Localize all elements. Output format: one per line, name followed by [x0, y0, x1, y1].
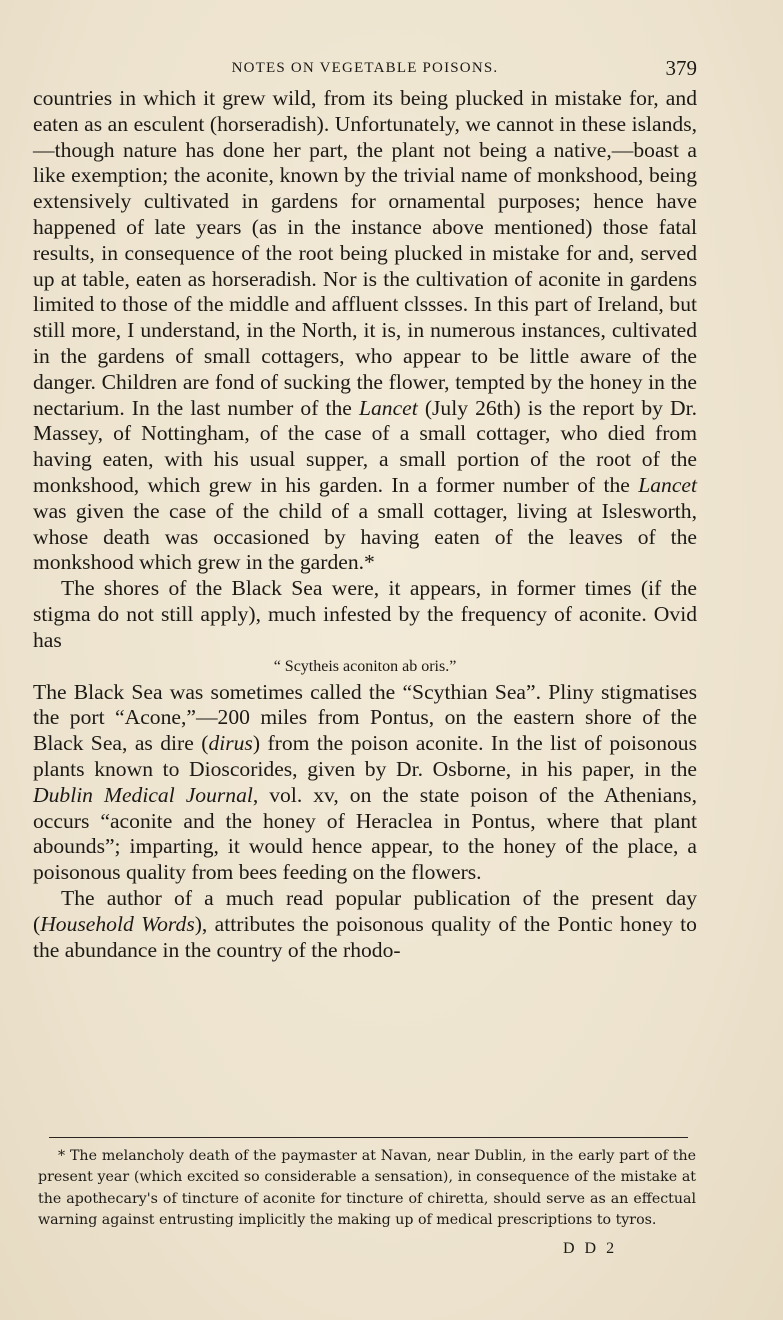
paragraph-pontic-honey: The author of a much read popular public…	[33, 886, 697, 963]
journal-title: Lancet	[359, 396, 418, 420]
paragraph-scythian-sea: The Black Sea was sometimes called the “…	[33, 680, 697, 886]
paragraph-aconite-gardens: countries in which it grew wild, from it…	[33, 86, 697, 576]
footnote: * The melancholy death of the paymaster …	[38, 1146, 696, 1232]
journal-title: Dublin Medical Journal	[33, 783, 253, 807]
running-head: NOTES ON VEGETABLE POISONS.	[33, 60, 697, 77]
latin-term: dirus	[208, 731, 252, 755]
journal-title: Lancet	[638, 473, 697, 497]
body-text: countries in which it grew wild, from it…	[33, 86, 697, 963]
page-header: NOTES ON VEGETABLE POISONS. 379	[33, 58, 697, 82]
page-number: 379	[666, 56, 698, 81]
signature-mark: D D 2	[563, 1240, 617, 1258]
paragraph-black-sea: The shores of the Black Sea were, it app…	[33, 576, 697, 653]
ovid-quotation: “ Scytheis aconiton ab oris.”	[33, 654, 697, 680]
publication-title: Household Words	[40, 912, 195, 936]
footnote-divider	[49, 1137, 688, 1138]
